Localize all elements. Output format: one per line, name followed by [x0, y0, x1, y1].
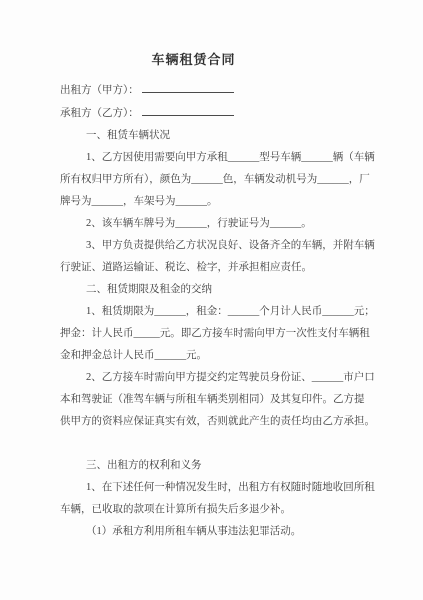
section-heading: 三、出租方的权利和义务: [60, 455, 379, 477]
section-heading: 一、租赁车辆状况: [60, 125, 379, 147]
contract-line: 本和驾驶证（准驾车辆与所租车辆类别相同）及其复印件。乙方提: [60, 389, 379, 411]
contract-line: 行驶证、道路运输证、税讫、检字，并承担相应责任。: [60, 257, 379, 279]
contract-line: 1、租赁期限为______，租金：______个月计人民币______元；: [60, 301, 379, 323]
party-b-label: 承租方（乙方）：: [60, 108, 139, 119]
party-lines: 出租方（甲方）：承租方（乙方）：: [60, 79, 379, 125]
contract-line: 1、乙方因使用需要向甲方承租______型号车辆______辆（车辆: [60, 147, 379, 169]
contract-line: 2、该车辆车牌号为______，行驶证号为______。: [60, 213, 379, 235]
party-a-row: 出租方（甲方）：: [60, 79, 379, 102]
contract-line: 押金：计人民币_____元。即乙方接车时需向甲方一次性支付车辆租: [60, 323, 379, 345]
contract-line: 3、甲方负责提供给乙方状况良好、设备齐全的车辆，并附车辆: [60, 235, 379, 257]
blank-spacer-line: [60, 433, 379, 455]
section-heading: 二、租赁期限及租金的交纳: [60, 279, 379, 301]
contract-line: 2、乙方接车时需向甲方提交约定驾驶员身份证、______市户口: [60, 367, 379, 389]
party-b-blank-line: [142, 104, 234, 116]
party-a-label: 出租方（甲方）：: [60, 85, 139, 96]
contract-line: 金和押金总计人民币______元。: [60, 345, 379, 367]
document-title: 车辆租赁合同: [60, 50, 327, 70]
party-a-blank-line: [142, 81, 234, 93]
contract-line: 车辆，已收取的款项在计算所有损失后多退少补。: [60, 499, 379, 521]
contract-body: 一、租赁车辆状况1、乙方因使用需要向甲方承租______型号车辆______辆（…: [60, 125, 379, 543]
party-b-row: 承租方（乙方）：: [60, 102, 379, 125]
contract-line: （1）承租方利用所租车辆从事违法犯罪活动。: [60, 521, 379, 543]
contract-line: 所有权归甲方所有），颜色为______色，车辆发动机号为______，厂: [60, 169, 379, 191]
contract-document: 车辆租赁合同 出租方（甲方）：承租方（乙方）： 一、租赁车辆状况1、乙方因使用需…: [0, 0, 423, 543]
contract-line: 牌号为______，车架号为______。: [60, 191, 379, 213]
contract-line: 1、在下述任何一种情况发生时，出租方有权随时随地收回所租: [60, 477, 379, 499]
document-page: 车辆租赁合同 出租方（甲方）：承租方（乙方）： 一、租赁车辆状况1、乙方因使用需…: [0, 0, 423, 600]
contract-line: 供甲方的资料应保证真实有效，否则就此产生的责任均由乙方承担。: [60, 411, 379, 433]
